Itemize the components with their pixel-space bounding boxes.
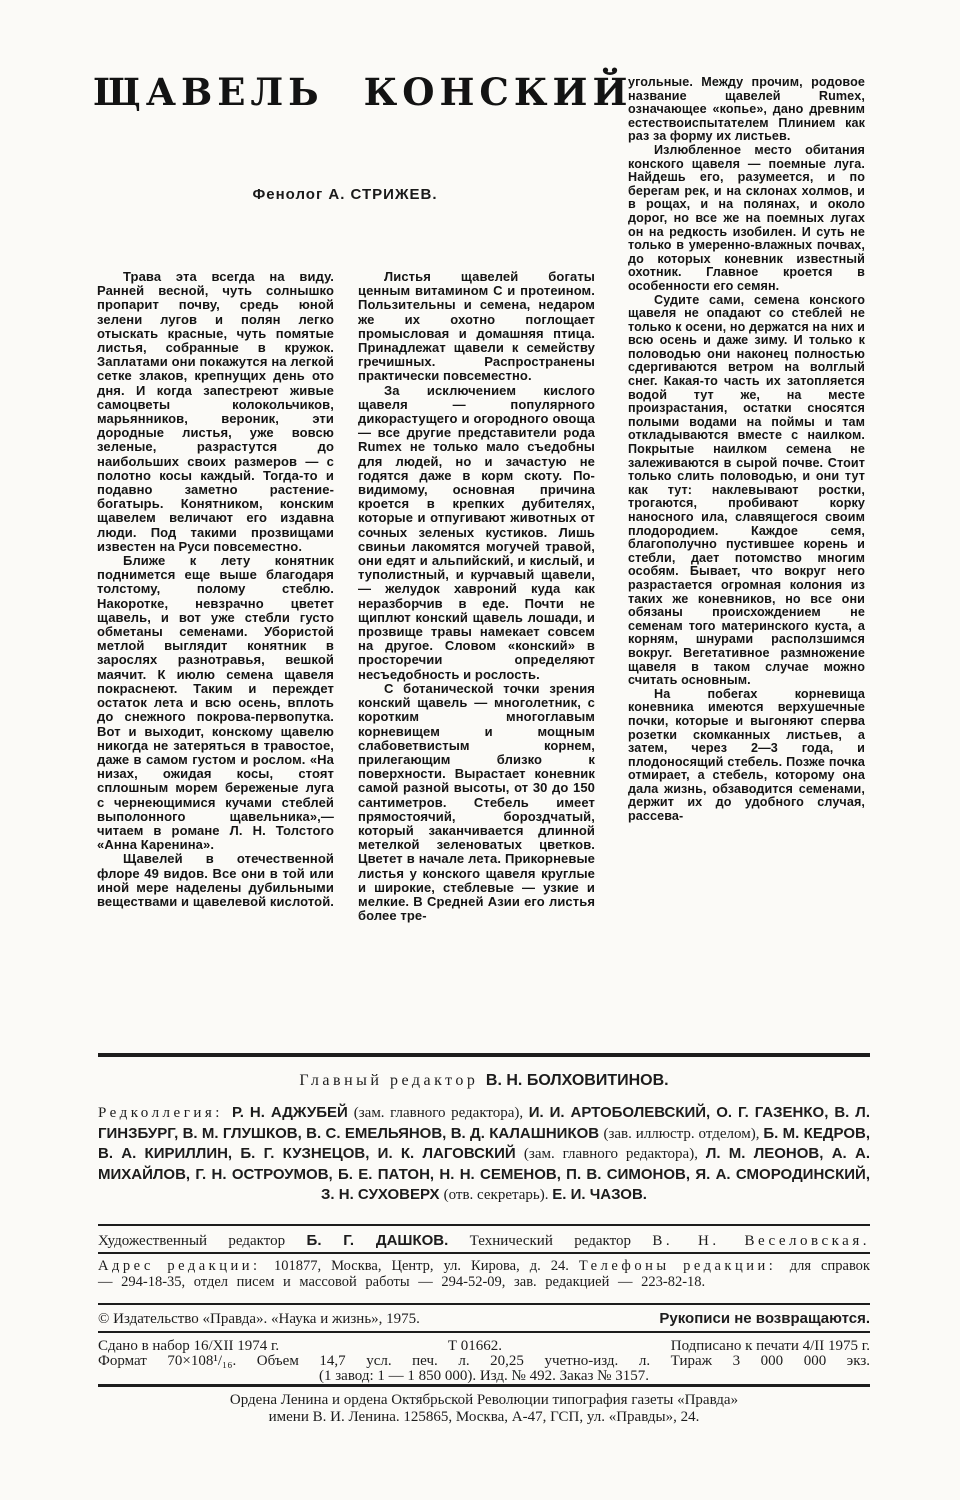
chief-editor-line: Главный редактор В. Н. БОЛХОВИТИНОВ.	[98, 1072, 870, 1090]
publisher-copyright: © Издательство «Правда». «Наука и жизнь»…	[98, 1311, 420, 1328]
paragraph: Щавелей в отечественной флоре 49 видов. …	[97, 852, 334, 909]
text-column-3: угольные. Между прочим, родовое название…	[628, 76, 865, 824]
author-byline: Фенолог А. СТРИЖЕВ.	[95, 186, 595, 203]
manuscripts-notice: Рукописи не возвращаются.	[659, 1310, 870, 1327]
paragraph: Ближе к лету конятник поднимется еще выш…	[97, 554, 334, 852]
paragraph: Судите сами, семена конского щавеля не о…	[628, 294, 865, 688]
paragraph: С ботанической точки зрения конский щаве…	[358, 682, 595, 923]
copyright-line: © Издательство «Правда». «Наука и жизнь»…	[98, 1310, 870, 1328]
paragraph: На побегах корневища коневника имеются в…	[628, 688, 865, 824]
divider	[98, 1224, 870, 1226]
divider-thick	[98, 1384, 870, 1387]
print-info-line-3: (1 завод: 1 — 1 850 000). Изд. № 492. За…	[98, 1368, 870, 1385]
paragraph: За исключением кислого щавеля — популярн…	[358, 384, 595, 682]
editorial-address: Адрес редакции: 101877, Москва, Центр, у…	[98, 1259, 870, 1290]
printing-house-block: Ордена Ленина и ордена Октябрьской Револ…	[98, 1392, 870, 1425]
divider	[98, 1331, 870, 1333]
divider	[98, 1303, 870, 1305]
editorial-board: Редколлегия: Р. Н. АДЖУБЕЙ (зам. главног…	[98, 1103, 870, 1206]
text-column-2: Листья щавелей богаты ценным витамином С…	[358, 270, 595, 923]
printing-house-line: Ордена Ленина и ордена Октябрьской Револ…	[98, 1392, 870, 1409]
art-tech-editors-line: Художественный редактор Б. Г. ДАШКОВ. Те…	[98, 1232, 870, 1250]
text-column-1: Трава эта всегда на виду. Ранней весной,…	[97, 270, 334, 909]
magazine-page: ЩАВЕЛЬ КОНСКИЙ Фенолог А. СТРИЖЕВ. Трава…	[0, 0, 960, 1500]
paragraph: угольные. Между прочим, родовое название…	[628, 76, 865, 144]
printing-house-line: имени В. И. Ленина. 125865, Москва, А-47…	[98, 1409, 870, 1426]
divider	[98, 1252, 870, 1254]
paragraph: Листья щавелей богаты ценным витамином С…	[358, 270, 595, 384]
paragraph: Трава эта всегда на виду. Ранней весной,…	[97, 270, 334, 554]
paragraph: Излюбленное место обитания конского щаве…	[628, 144, 865, 294]
divider-thick	[98, 1053, 870, 1057]
page-title: ЩАВЕЛЬ КОНСКИЙ	[93, 70, 632, 114]
